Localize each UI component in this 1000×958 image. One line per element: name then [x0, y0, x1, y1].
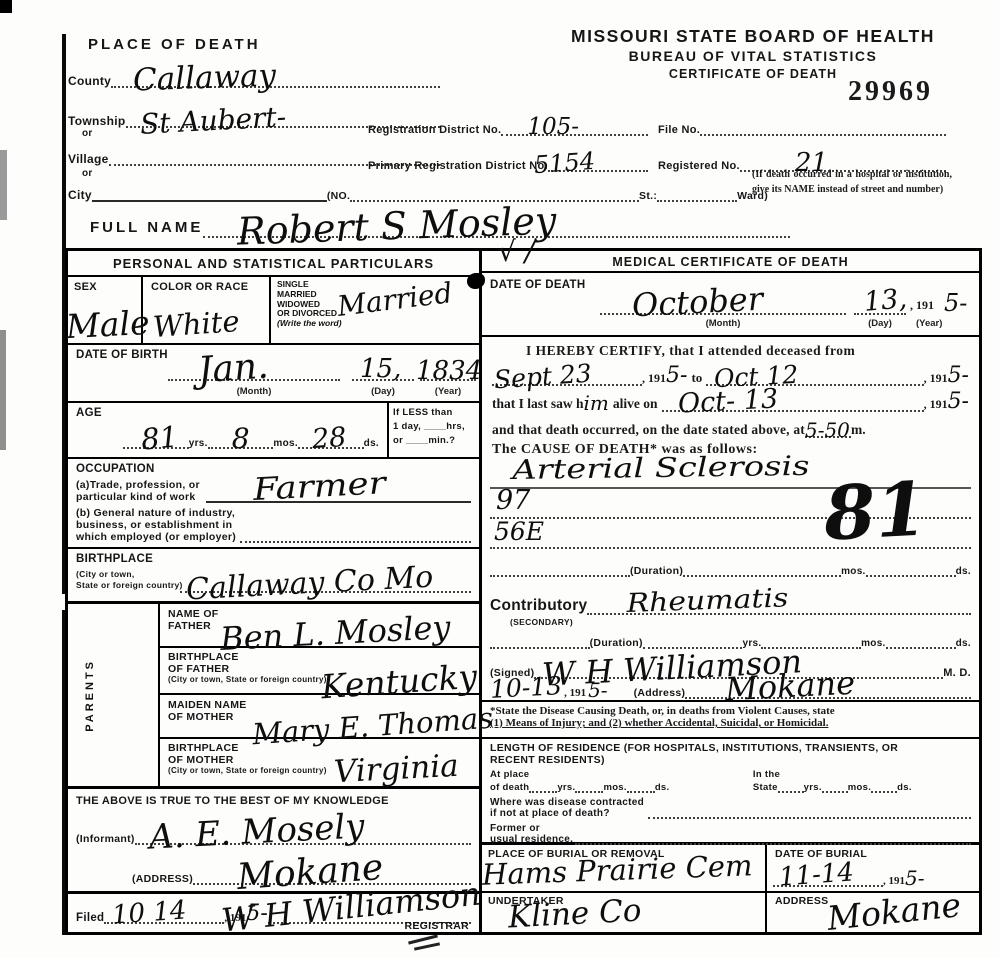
signed-address-line: Mokane — [685, 695, 971, 699]
personal-title: PERSONAL AND STATISTICAL PARTICULARS — [113, 256, 434, 271]
medical-title: MEDICAL CERTIFICATE OF DEATH — [612, 255, 848, 269]
parents-side-cell: PARENTS — [68, 604, 160, 786]
informant-name: A. E. Mosely — [148, 812, 365, 854]
board-title: MISSOURI STATE BOARD OF HEALTH — [552, 26, 954, 47]
birthplace-row: BIRTHPLACE (City or town, State or forei… — [68, 549, 479, 604]
contrib-mos-label: mos. — [861, 638, 886, 649]
burial-date-label: DATE OF BURIAL — [775, 848, 867, 860]
age-months-value: 8 — [232, 426, 250, 451]
mother-name-label-line2: OF MOTHER — [168, 711, 247, 723]
filed-date-line: 10 14 — [104, 920, 224, 924]
contracted-label-line2: if not at place of death? — [490, 808, 644, 819]
mother-birthplace-label-line2: OF MOTHER — [168, 754, 327, 766]
age-label: AGE — [76, 407, 102, 419]
cause-duration-lead-line — [490, 573, 630, 577]
occupation-row: OCCUPATION (a)Trade, profession, or part… — [68, 459, 479, 549]
saw-alive-pre: that I last saw h — [492, 396, 584, 412]
scan-artifact — [414, 942, 440, 950]
file-no-row: File No. — [658, 104, 946, 136]
to-year-printed: , 191 — [924, 371, 948, 386]
father-birthplace-row: BIRTHPLACE OF FATHER (City or town, Stat… — [160, 648, 479, 694]
death-certificate-scan: PLACE OF DEATH County Callaway Township … — [0, 0, 1000, 958]
registration-district-line: 105- — [501, 132, 648, 136]
at-place-ds-label: ds. — [655, 782, 670, 793]
birthplace-value: Callaway Co Mo — [185, 564, 433, 604]
cause-overlay-number: 81 — [822, 476, 928, 548]
informant-label: (Informant) — [76, 833, 135, 845]
saw-alive-line: Oct- 13 — [662, 408, 924, 412]
signed-address-label: (Address) — [634, 687, 686, 699]
hospital-note: (If death occurred in a hospital or inst… — [752, 168, 952, 197]
sex-race-marital-row: SEX Male COLOR OR RACE White SINGLE MARR… — [68, 277, 479, 345]
saw-alive-hw: im — [584, 394, 609, 412]
md-label: M. D. — [943, 667, 971, 679]
birthplace-label: BIRTHPLACE — [76, 553, 153, 565]
contributory-value: Rheumatis — [627, 587, 790, 616]
registration-district-value: 105- — [527, 117, 579, 138]
saw-year-printed: , 191 — [924, 397, 948, 412]
burial-year-hw: 5- — [905, 869, 924, 887]
dob-year-caption: (Year) — [420, 386, 476, 397]
in-state-mos-line — [822, 789, 848, 793]
age-ds-label: ds. — [364, 438, 379, 449]
attended-from-line: Sept 23 — [492, 382, 642, 386]
informant-line: A. E. Mosely — [135, 841, 471, 845]
contrib-duration-ds-line — [886, 645, 956, 649]
sex-cell: SEX Male — [68, 277, 143, 343]
color-value: White — [152, 308, 240, 340]
burial-date-line: 11-14 — [773, 883, 883, 887]
county-value: Callaway — [133, 63, 277, 96]
or-label: or — [82, 128, 93, 139]
color-cell: COLOR OR RACE White — [143, 277, 271, 343]
mother-name-label-line1: MAIDEN NAME — [168, 699, 247, 711]
dod-month-caption: (Month) — [600, 318, 846, 329]
in-state-yrs-line — [778, 789, 804, 793]
registration-district-label: Registration District No. — [368, 124, 501, 136]
cause-duration-ds-line — [866, 573, 956, 577]
scan-artifact — [0, 330, 6, 450]
occupation-b-line2: business, or establishment in — [76, 519, 236, 531]
age-main-cell: AGE 81 yrs. 8 mos. 28 ds. — [68, 403, 387, 457]
registrar-label: REGISTRAR — [404, 920, 469, 932]
age-note-line1: If LESS than — [393, 407, 475, 418]
certify-line1: I HEREBY CERTIFY, that I attended deceas… — [492, 340, 969, 362]
footnote-line2: (1) Means of Injury; and (2) whether Acc… — [490, 717, 971, 729]
dod-year-caption: (Year) — [916, 318, 942, 329]
at-place-ds-line — [627, 789, 655, 793]
marital-write-note: (Write the word) — [277, 319, 342, 329]
date-of-death-row: DATE OF DEATH October 13, , 191 5- (Mont… — [482, 273, 979, 337]
date-of-death-label: DATE OF DEATH — [490, 279, 585, 291]
at-place-yrs-line — [529, 789, 557, 793]
at-place-yrs-label: yrs. — [557, 782, 575, 793]
from-year-hw: 5- — [666, 366, 687, 386]
cause-code-2: 56E — [494, 521, 544, 544]
to-year-hw: 5- — [948, 366, 969, 386]
personal-column: PERSONAL AND STATISTICAL PARTICULARS SEX… — [68, 251, 482, 932]
file-no-label: File No. — [658, 124, 700, 136]
dob-month-caption: (Month) — [168, 386, 340, 397]
father-birthplace-label-line2: OF FATHER — [168, 663, 327, 675]
dod-month-value: October — [631, 285, 763, 321]
occupation-b-line3: which employed (or employer) — [76, 531, 236, 543]
in-state-mos-label: mos. — [848, 782, 871, 793]
county-row: County Callaway — [68, 52, 440, 88]
residence-title-line1: LENGTH OF RESIDENCE (FOR HOSPITALS, INST… — [490, 742, 971, 754]
dob-day-value: 15, — [360, 358, 401, 381]
father-name-label-line1: NAME OF — [168, 608, 219, 620]
death-time-suffix: m. — [851, 422, 866, 438]
county-label: County — [68, 74, 111, 88]
dob-month-value: Jan. — [197, 350, 270, 387]
full-name-label: FULL NAME — [90, 219, 203, 238]
cause-duration-mos-label: mos. — [841, 566, 866, 577]
age-note-line3: or ____min.? — [393, 435, 475, 446]
age-years-value: 81 — [140, 423, 179, 452]
to-word: to — [687, 370, 706, 386]
filed-row: Filed 10 14 , 191 5- W H Williamson REGI… — [68, 894, 479, 932]
date-of-birth-label: DATE OF BIRTH — [76, 349, 168, 361]
medical-column: √ / MEDICAL CERTIFICATE OF DEATH DATE OF… — [482, 251, 979, 932]
age-years-line: 81 — [123, 445, 189, 449]
sex-value: Male — [65, 308, 150, 342]
age-days-line: 28 — [298, 445, 364, 449]
marital-value: Married — [336, 280, 454, 319]
sex-label: SEX — [74, 281, 97, 293]
certificate-body: PERSONAL AND STATISTICAL PARTICULARS SEX… — [65, 248, 982, 935]
contrib-duration-label: (Duration) — [590, 637, 643, 649]
primary-district-line: 5154 — [548, 168, 648, 172]
attended-from-value: Sept 23 — [493, 362, 592, 391]
death-occurred-text: and that death occurred, on the date sta… — [492, 422, 805, 438]
cause-value: Arterial Sclerosis — [512, 455, 810, 483]
city-label: City — [68, 188, 92, 202]
contributory-line: Rheumatis — [587, 611, 971, 615]
father-birthplace-note: (City or town, State or foreign country) — [168, 675, 327, 684]
signed-year-hw: 5- — [588, 681, 607, 699]
dob-day-caption: (Day) — [352, 386, 414, 397]
saw-year-hw: 5- — [948, 392, 969, 412]
undertaker-value: Kline Co — [507, 898, 642, 933]
age-yrs-label: yrs. — [189, 438, 208, 449]
primary-district-row: Primary Registration District No. 5154 — [368, 140, 648, 172]
burial-date-value: 11-14 — [778, 861, 854, 890]
township-label: Township — [68, 114, 126, 128]
undertaker-cell: UNDERTAKER Kline Co — [482, 893, 767, 932]
contrib-duration-lead-line — [490, 645, 590, 649]
footnote-section: *State the Disease Causing Death, or, in… — [482, 700, 979, 737]
county-line: Callaway — [111, 84, 440, 88]
scan-artifact — [0, 150, 7, 220]
saw-alive-date: Oct- 13 — [677, 387, 778, 417]
filed-label: Filed — [76, 912, 104, 924]
cause-duration-yrs-line — [683, 573, 841, 577]
residence-title-line2: RECENT RESIDENTS) — [490, 754, 971, 766]
medical-header: √ / MEDICAL CERTIFICATE OF DEATH — [482, 251, 979, 273]
full-name-row: FULL NAME Robert S Mosley — [90, 196, 790, 238]
former-residence-label-line2: usual residence. — [490, 834, 573, 845]
informant-statement: THE ABOVE IS TRUE TO THE BEST OF MY KNOW… — [76, 795, 471, 807]
age-row: AGE 81 yrs. 8 mos. 28 ds. — [68, 403, 479, 459]
township-value: St Aubert- — [139, 104, 286, 137]
death-time-line: 5-50 — [805, 434, 851, 438]
burial-place-cell: PLACE OF BURIAL OR REMOVAL Hams Prairie … — [482, 845, 767, 893]
father-birthplace-value: Kentucky — [320, 661, 478, 702]
age-less-than-cell: If LESS than 1 day, ____hrs, or ____min.… — [387, 403, 479, 457]
contracted-line — [648, 815, 971, 819]
dod-day-value: 13, — [863, 287, 908, 315]
occupation-line: Farmer — [206, 499, 471, 503]
personal-header: PERSONAL AND STATISTICAL PARTICULARS — [68, 251, 479, 277]
dob-year-value: 1834 — [416, 360, 482, 383]
filed-date-value: 10 14 — [112, 899, 188, 928]
color-label: COLOR OR RACE — [151, 281, 248, 293]
father-name-row: NAME OF FATHER Ben L. Mosley — [160, 604, 479, 648]
primary-district-value: 5154 — [533, 151, 595, 177]
undertaker-address-value: Mokane — [826, 890, 962, 934]
in-state-label-line2: State — [753, 782, 778, 793]
dod-year-hw: 5- — [944, 293, 967, 315]
mother-birthplace-note: (City or town, State or foreign country) — [168, 766, 327, 775]
father-name-label-line2: FATHER — [168, 620, 219, 632]
informant-section: THE ABOVE IS TRUE TO THE BEST OF MY KNOW… — [68, 789, 479, 894]
mother-birthplace-value: Virginia — [334, 753, 460, 787]
signed-date-value: 10-13 — [489, 675, 562, 701]
cause-code-1: 97 — [496, 489, 530, 513]
in-state-ds-label: ds. — [897, 782, 912, 793]
birthplace-note-line2: State or foreign country) — [76, 580, 183, 590]
cause-of-death-section: Arterial Sclerosis 97 56E 81 (Duration) … — [482, 463, 979, 585]
burial-year-printed: , 191 — [883, 875, 905, 887]
occupation-a-line2: particular kind of work — [76, 491, 200, 503]
contributory-label: Contributory — [490, 597, 587, 615]
secondary-label: (SECONDARY) — [510, 617, 573, 627]
marital-cell: SINGLE MARRIED WIDOWED OR DIVORCED (Writ… — [271, 277, 479, 343]
date-of-birth-row: DATE OF BIRTH Jan. 15, 1834 (Month) (Day… — [68, 345, 479, 403]
at-place-mos-line — [575, 789, 603, 793]
occupation-a-line1: (a)Trade, profession, or — [76, 479, 200, 491]
at-place-label-line1: At place — [490, 769, 745, 780]
parents-side-label: PARENTS — [84, 659, 96, 732]
age-days-value: 28 — [311, 426, 347, 453]
scan-artifact — [0, 0, 12, 13]
certify-section: I HEREBY CERTIFY, that I attended deceas… — [482, 337, 979, 463]
cause-duration-label: (Duration) — [630, 565, 683, 577]
residence-section: LENGTH OF RESIDENCE (FOR HOSPITALS, INST… — [482, 737, 979, 845]
dod-year-printed: , 191 — [910, 298, 934, 313]
occupation-b-line — [240, 539, 471, 543]
primary-district-label: Primary Registration District No. — [368, 160, 548, 172]
occupation-b-line1: (b) General nature of industry, — [76, 507, 236, 519]
birthplace-note-line1: (City or town, — [76, 569, 135, 579]
full-name-line: Robert S Mosley — [203, 234, 790, 238]
burial-place-value: Hams Prairie Cem — [482, 852, 753, 888]
village-label: Village — [68, 152, 109, 166]
mother-name-row: MAIDEN NAME OF MOTHER Mary E. Thomas — [160, 695, 479, 739]
saw-alive-mid: alive on — [609, 396, 662, 412]
signed-year-printed: , 191 — [562, 687, 588, 699]
file-no-line — [700, 132, 946, 136]
check-mark: √ / — [498, 239, 534, 264]
undertaker-address-label: ADDRESS — [775, 895, 828, 907]
from-year-printed: , 191 — [642, 371, 666, 386]
in-state-yrs-label: yrs. — [804, 782, 822, 793]
undertaker-address-cell: ADDRESS Mokane — [767, 893, 979, 932]
age-mos-label: mos. — [273, 438, 298, 449]
age-months-line: 8 — [208, 445, 274, 449]
cause-duration-ds-label: ds. — [956, 566, 971, 577]
footnote-line1: *State the Disease Causing Death, or, in… — [490, 705, 971, 717]
parents-section: PARENTS NAME OF FATHER Ben L. Mosley BIR… — [68, 604, 479, 789]
in-state-ds-line — [871, 789, 897, 793]
at-place-mos-label: mos. — [603, 782, 626, 793]
bureau-title: BUREAU OF VITAL STATISTICS — [552, 48, 954, 64]
age-note-line2: 1 day, ____hrs, — [393, 421, 475, 432]
burial-section: PLACE OF BURIAL OR REMOVAL Hams Prairie … — [482, 845, 979, 932]
in-state-label-line1: In the — [753, 769, 971, 780]
dod-day-caption: (Day) — [854, 318, 906, 329]
place-of-death-title: PLACE OF DEATH — [88, 36, 261, 53]
registration-district-row: Registration District No. 105- — [368, 104, 648, 136]
at-place-label-line2: of death — [490, 782, 529, 793]
contrib-ds-label: ds. — [956, 638, 971, 649]
former-residence-label-line1: Former or — [490, 823, 573, 834]
registered-no-label: Registered No. — [658, 160, 740, 172]
informant-address-label: (ADDRESS) — [132, 873, 193, 885]
contributory-section: Contributory Rheumatis (SECONDARY) (Dura… — [482, 585, 979, 700]
death-time-value: 5-50 — [805, 421, 850, 439]
occupation-value: Farmer — [252, 470, 386, 505]
contracted-label-line1: Where was disease contracted — [490, 797, 644, 808]
